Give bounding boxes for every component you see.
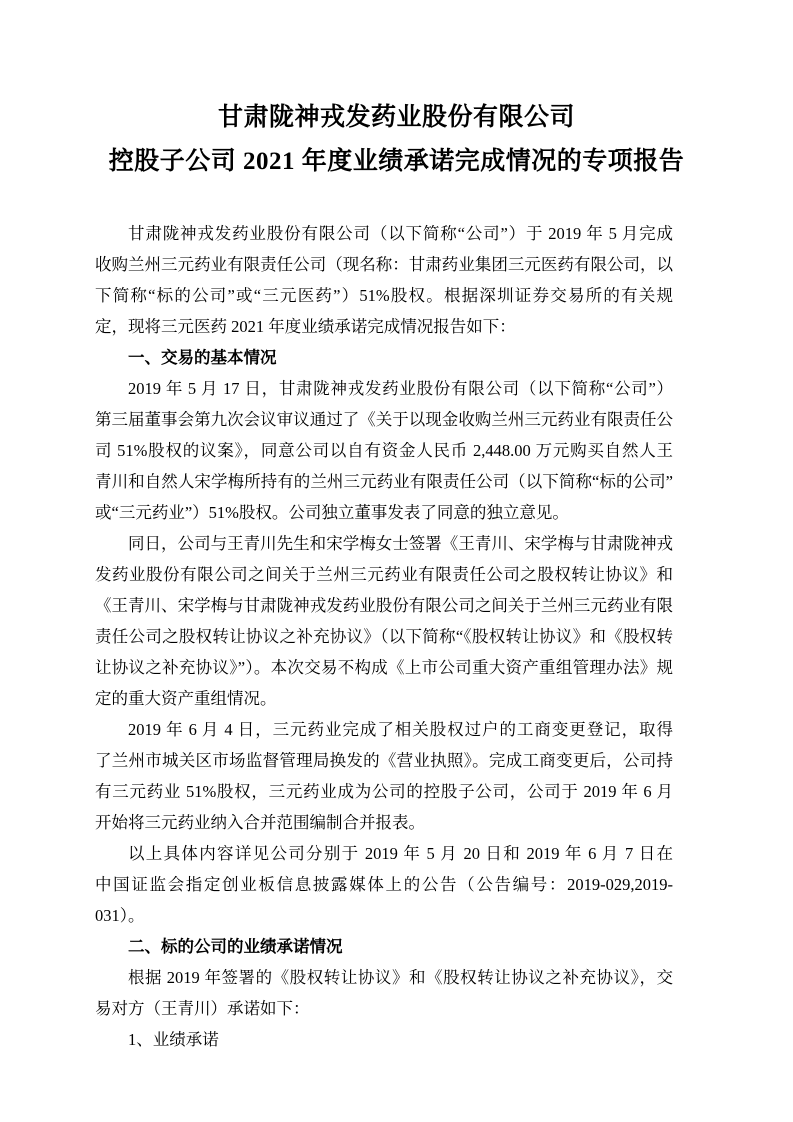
text-line: 2019 年 6 月 4 日，三元药业完成了相关股权过户的工商变更登记，取得 (95, 714, 673, 745)
text-line: 《王青川、宋学梅与甘肃陇神戎发药业股份有限公司之间关于兰州三元药业有限 (95, 590, 673, 621)
text-line: 同日，公司与王青川先生和宋学梅女士签署《王青川、宋学梅与甘肃陇神戎 (95, 528, 673, 559)
text-line: 定的重大资产重组情况。 (95, 683, 673, 714)
text-line: 责任公司之股权转让协议之补充协议》（以下简称“《股权转让协议》和《股权转 (95, 621, 673, 652)
text-line: 青川和自然人宋学梅所持有的兰州三元药业有限责任公司（以下简称“标的公司” (95, 466, 673, 497)
text-line: 了兰州市城关区市场监督管理局换发的《营业执照》。完成工商变更后，公司持 (95, 745, 673, 776)
section-heading: 二、标的公司的业绩承诺情况 (95, 931, 673, 962)
text-line: 根据 2019 年签署的《股权转让协议》和《股权转让协议之补充协议》，交 (95, 962, 673, 993)
text-line: 第三届董事会第九次会议审议通过了《关于以现金收购兰州三元药业有限责任公 (95, 404, 673, 435)
text-line: 2019 年 5 月 17 日，甘肃陇神戎发药业股份有限公司（以下简称“公司”） (95, 373, 673, 404)
text-line: 以上具体内容详见公司分别于 2019 年 5 月 20 日和 2019 年 6 … (95, 838, 673, 869)
text-line: 开始将三元药业纳入合并范围编制合并报表。 (95, 807, 673, 838)
document-page: 甘肃陇神戎发药业股份有限公司 控股子公司 2021 年度业绩承诺完成情况的专项报… (0, 0, 793, 1122)
text-line: 易对方（王青川）承诺如下： (95, 993, 673, 1024)
document-body: 甘肃陇神戎发药业股份有限公司（以下简称“公司”）于 2019 年 5 月完成收购… (95, 218, 673, 1055)
section-heading: 一、交易的基本情况 (95, 342, 673, 373)
text-line: 收购兰州三元药业有限责任公司（现名称：甘肃药业集团三元医药有限公司，以 (95, 249, 673, 280)
text-line: 或“三元药业”）51%股权。公司独立董事发表了同意的独立意见。 (95, 497, 673, 528)
document-title-line-1: 甘肃陇神戎发药业股份有限公司 (0, 96, 793, 140)
text-line: 下简称“标的公司”或“三元医药”）51%股权。根据深圳证券交易所的有关规 (95, 280, 673, 311)
text-line: 中国证监会指定创业板信息披露媒体上的公告（公告编号：2019-029,2019-… (95, 869, 673, 931)
document-title: 甘肃陇神戎发药业股份有限公司 控股子公司 2021 年度业绩承诺完成情况的专项报… (0, 96, 793, 184)
text-line: 有三元药业 51%股权，三元药业成为公司的控股子公司，公司于 2019 年 6 … (95, 776, 673, 807)
text-line: 司 51%股权的议案》，同意公司以自有资金人民币 2,448.00 万元购买自然… (95, 435, 673, 466)
text-line: 甘肃陇神戎发药业股份有限公司（以下简称“公司”）于 2019 年 5 月完成 (95, 218, 673, 249)
text-line: 让协议之补充协议》”）。本次交易不构成《上市公司重大资产重组管理办法》规 (95, 652, 673, 683)
text-line: 发药业股份有限公司之间关于兰州三元药业有限责任公司之股权转让协议》和 (95, 559, 673, 590)
text-line: 定，现将三元医药 2021 年度业绩承诺完成情况报告如下： (95, 311, 673, 342)
document-title-line-2: 控股子公司 2021 年度业绩承诺完成情况的专项报告 (0, 140, 793, 184)
text-line: 1、业绩承诺 (95, 1024, 673, 1055)
